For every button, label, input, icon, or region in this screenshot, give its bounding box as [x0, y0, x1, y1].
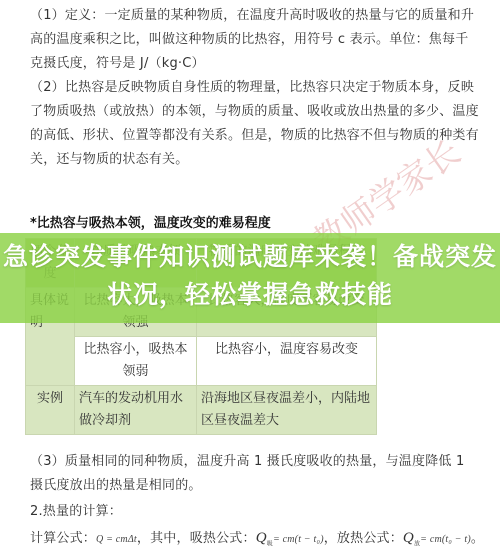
table-heading: *比热容与吸热本领，温度改变的难易程度: [30, 212, 271, 231]
formula-main: Q = cmΔt: [96, 534, 137, 545]
paragraph-definition: （1）定义：一定质量的某种物质，在温度升高时吸收的热量与它的质量和升高的温度乘积…: [30, 4, 480, 76]
formula-line: 计算公式：Q = cmΔt，其中，吸热公式：Q吸= cm(t − t₀)，放热公…: [30, 526, 480, 557]
formula-prefix: 计算公式：: [30, 531, 96, 546]
formula-release-q: Q: [403, 530, 414, 546]
cell-example-absorb: 汽车的发动机用水做冷却剂: [75, 386, 197, 435]
heat-calc-heading: 2.热量的计算：: [30, 500, 480, 524]
row-label-example: 实例: [26, 386, 75, 435]
paragraph-same-heat: （3）质量相同的同种物质，温度升高 1 摄氏度吸收的热量，与温度降低 1 摄氏度…: [30, 450, 480, 498]
cell-example-temp: 沿海地区昼夜温差小，内陆地区昼夜温差大: [197, 386, 377, 435]
formula-release: = cm(t₀ − t): [420, 534, 471, 545]
table-row: 实例 汽车的发动机用水做冷却剂 沿海地区昼夜温差小，内陆地区昼夜温差大: [26, 386, 377, 435]
cell-small-absorb: 比热容小，吸热本领弱: [75, 337, 197, 386]
formula-absorb-q: Q: [256, 530, 267, 546]
table-row: 比热容小，吸热本领弱 比热容小，温度容易改变: [26, 337, 377, 386]
formula-end: 。: [471, 531, 484, 546]
formula-mid: ，其中，吸热公式：: [137, 531, 256, 546]
headline-title: 急诊突发事件知识测试题库来袭！备战突发状况，轻松掌握急救技能: [0, 238, 500, 314]
cell-small-temp: 比热容小，温度容易改变: [197, 337, 377, 386]
formula-absorb: = cm(t − t₀): [273, 534, 324, 545]
formula-sep: ，放热公式：: [324, 531, 403, 546]
